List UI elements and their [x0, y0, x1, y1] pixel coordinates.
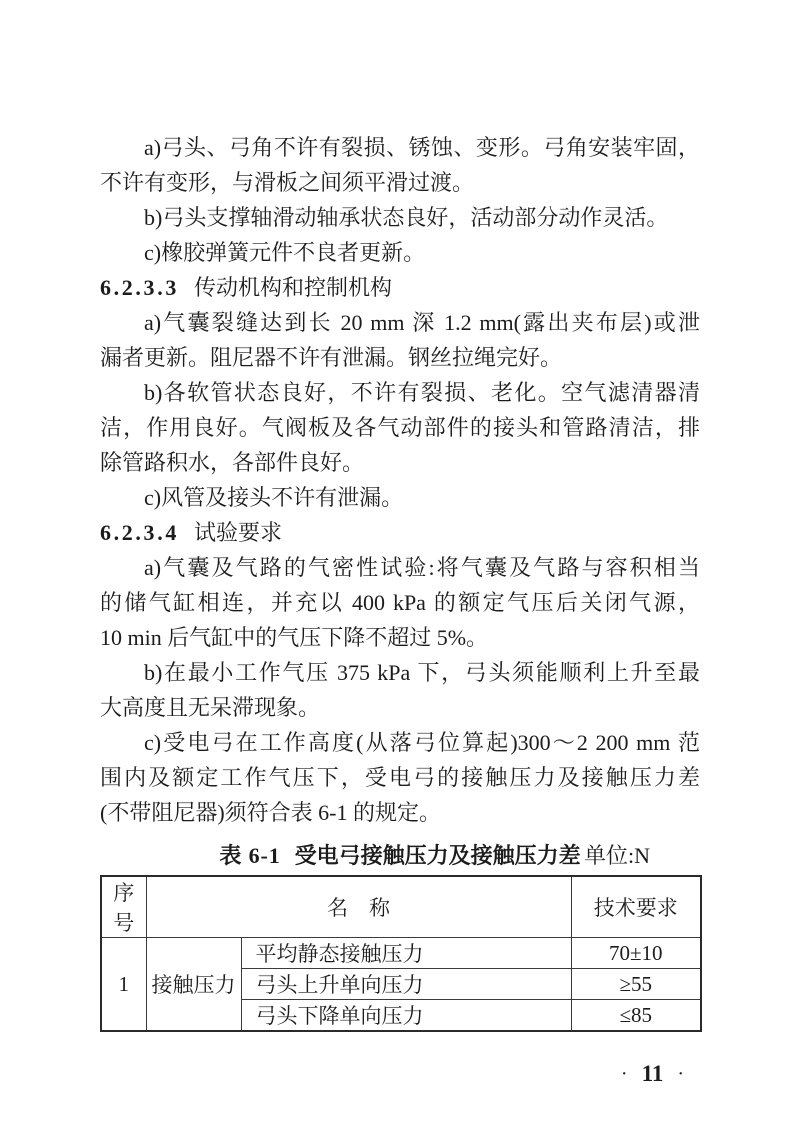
footer-right-dot: ·: [677, 1063, 684, 1085]
clause-title: 试验要求: [194, 520, 282, 545]
paragraph-line: 围内及额定工作气压下，受电弓的接触压力及接触压力差: [100, 760, 700, 795]
clause-heading: 6.2.3.3传动机构和控制机构: [100, 270, 700, 305]
row-item-name: 弓头上升单向压力: [241, 969, 571, 1000]
row-group-index: 1: [101, 938, 146, 1032]
row-item-requirement: ≥55: [571, 969, 701, 1000]
table-caption-title: 受电弓接触压力及接触压力差: [295, 843, 581, 868]
row-item-name: 平均静态接触压力: [241, 938, 571, 969]
paragraph-line: (不带阻尼器)须符合表 6-1 的规定。: [100, 795, 700, 830]
paragraph-line: c)橡胶弹簧元件不良者更新。: [100, 235, 700, 270]
paragraph-line: 除管路积水，各部件良好。: [100, 445, 700, 480]
paragraph-line: b)各软管状态良好，不许有裂损、老化。空气滤清器清: [100, 375, 700, 410]
paragraph-line: 10 min 后气缸中的气压下降不超过 5%。: [100, 620, 700, 655]
footer-left-dot: ·: [621, 1063, 628, 1085]
clause-number: 6.2.3.4: [100, 520, 179, 545]
document-body: a)弓头、弓角不许有裂损、锈蚀、变形。弓角安装牢固，不许有变形，与滑板之间须平滑…: [100, 130, 700, 830]
contact-pressure-table: 序号 名 称 技术要求 1 接触压力 平均静态接触压力 70±10 弓头上升单向…: [100, 875, 702, 1032]
column-header-index: 序号: [101, 876, 146, 938]
page-footer: ·11·: [100, 1056, 700, 1092]
column-header-name: 名 称: [146, 876, 571, 938]
row-item-requirement: ≤85: [571, 1000, 701, 1032]
paragraph-line: c)受电弓在工作高度(从落弓位算起)300～2 200 mm 范: [100, 725, 700, 760]
clause-number: 6.2.3.3: [100, 275, 179, 300]
row-item-requirement: 70±10: [571, 938, 701, 969]
table-caption-label: 表 6-1: [219, 843, 280, 868]
document-page: a)弓头、弓角不许有裂损、锈蚀、变形。弓角安装牢固，不许有变形，与滑板之间须平滑…: [0, 0, 800, 1135]
row-group-category: 接触压力: [146, 938, 241, 1032]
row-item-name: 弓头下降单向压力: [241, 1000, 571, 1032]
paragraph-line: a)弓头、弓角不许有裂损、锈蚀、变形。弓角安装牢固，: [100, 130, 700, 165]
column-header-requirement: 技术要求: [571, 876, 701, 938]
clause-title: 传动机构和控制机构: [194, 275, 392, 300]
paragraph-line: a)气囊及气路的气密性试验:将气囊及气路与容积相当: [100, 550, 700, 585]
table-header-row: 序号 名 称 技术要求: [101, 876, 701, 938]
paragraph-line: a)气囊裂缝达到长 20 mm 深 1.2 mm(露出夹布层)或泄: [100, 305, 700, 340]
table-caption: 表 6-1受电弓接触压力及接触压力差 单位:N: [100, 838, 700, 873]
page-number: 11: [642, 1056, 664, 1091]
paragraph-line: 不许有变形，与滑板之间须平滑过渡。: [100, 165, 700, 200]
paragraph-line: 漏者更新。阻尼器不许有泄漏。钢丝拉绳完好。: [100, 340, 700, 375]
paragraph-line: c)风管及接头不许有泄漏。: [100, 480, 700, 515]
paragraph-line: b)在最小工作气压 375 kPa 下，弓头须能顺利上升至最: [100, 655, 700, 690]
clause-heading: 6.2.3.4试验要求: [100, 515, 700, 550]
table-row: 1 接触压力 平均静态接触压力 70±10: [101, 938, 701, 969]
paragraph-line: b)弓头支撑轴滑动轴承状态良好，活动部分动作灵活。: [100, 200, 700, 235]
table-caption-unit: 单位:N: [584, 838, 650, 873]
paragraph-line: 大高度且无呆滞现象。: [100, 690, 700, 725]
paragraph-line: 洁，作用良好。气阀板及各气动部件的接头和管路清洁，排: [100, 410, 700, 445]
paragraph-line: 的储气缸相连，并充以 400 kPa 的额定气压后关闭气源，: [100, 585, 700, 620]
